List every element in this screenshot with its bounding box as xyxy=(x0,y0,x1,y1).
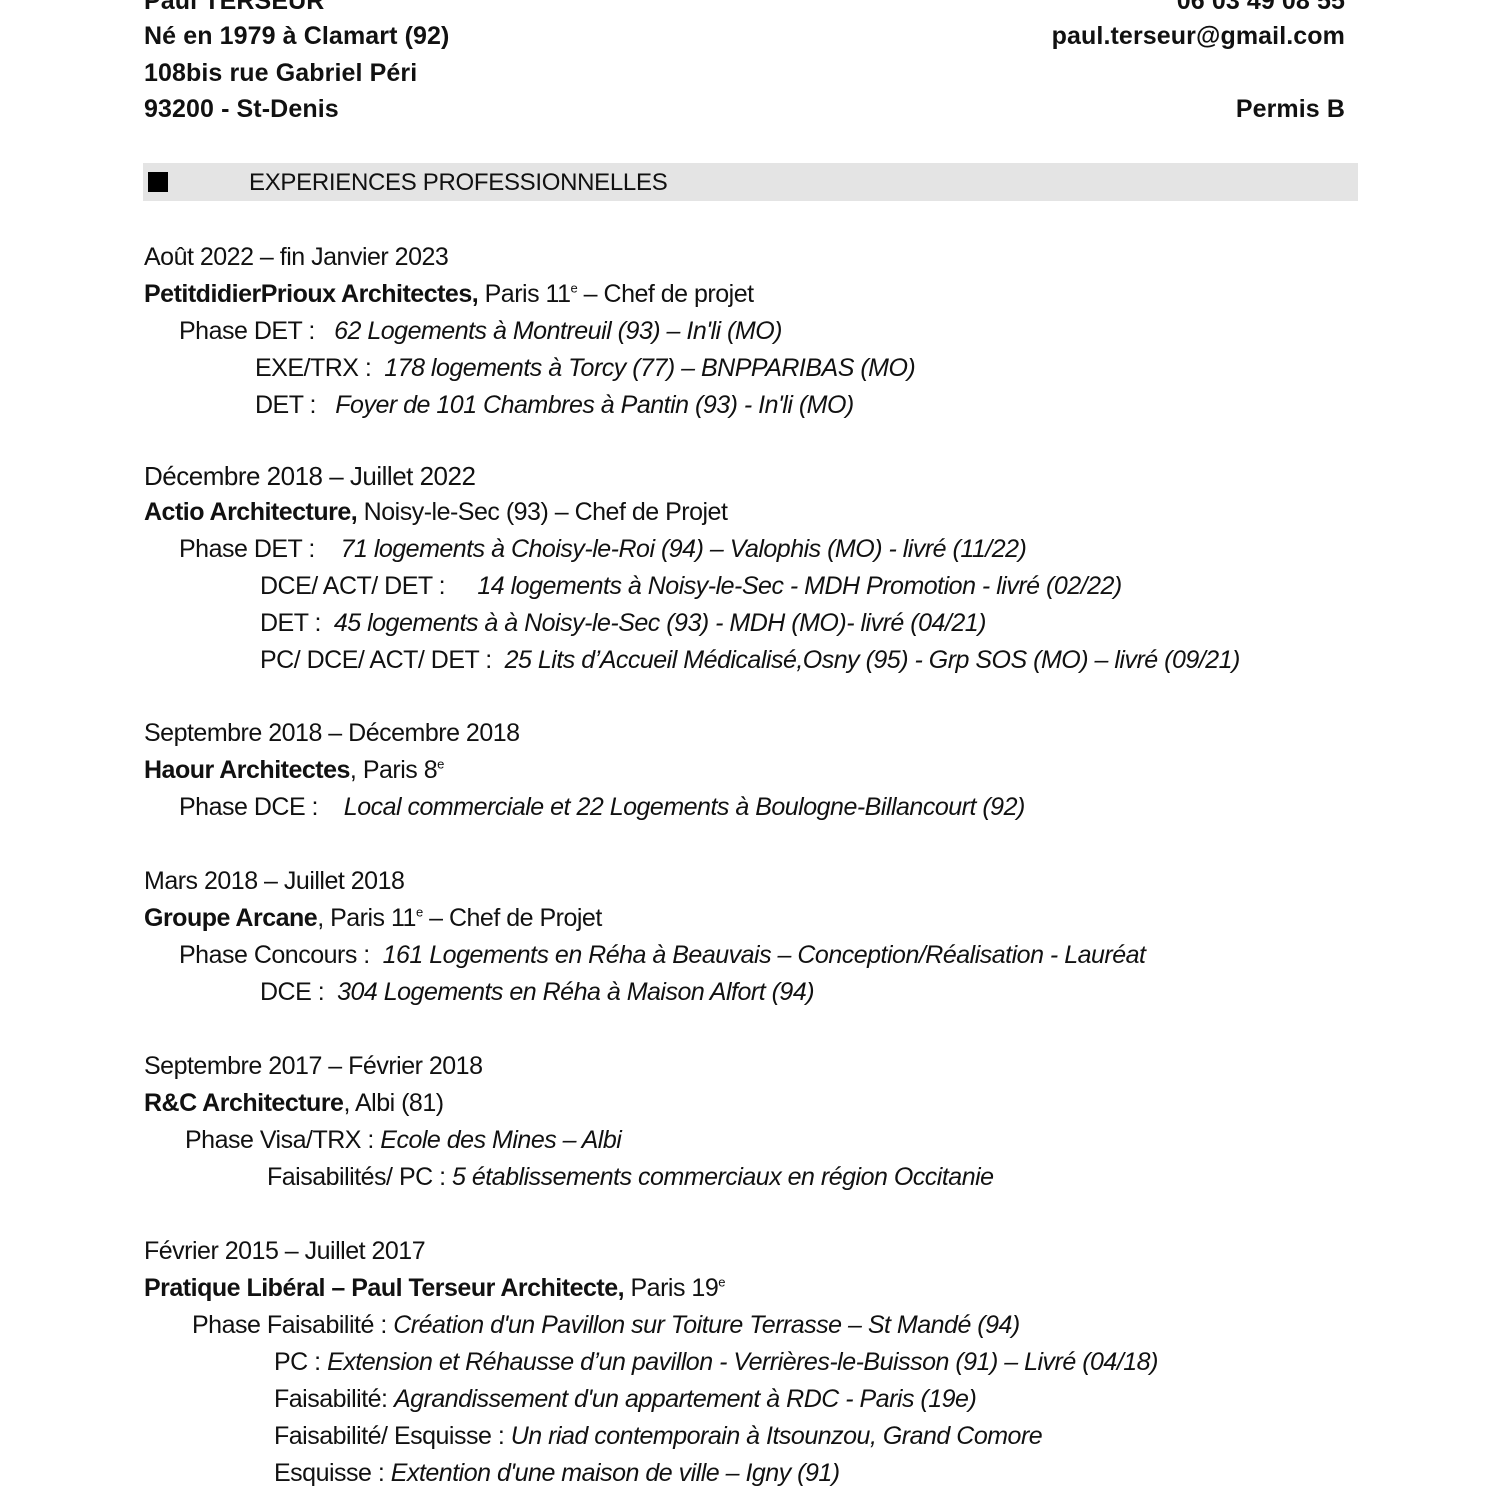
company-location: Paris 19 xyxy=(624,1274,718,1302)
experience-employer-line: Pratique Libéral – Paul Terseur Architec… xyxy=(144,1271,725,1305)
project-description: 5 établissements commerciaux en région O… xyxy=(452,1163,994,1191)
experience-employer-line: Actio Architecture, Noisy-le-Sec (93) – … xyxy=(144,495,727,529)
experience-employer-line: Haour Architectes, Paris 8e xyxy=(144,753,444,787)
phase-label: Esquisse : xyxy=(274,1459,391,1487)
experience-dates: Février 2015 – Juillet 2017 xyxy=(144,1234,425,1268)
phase-label: PC/ DCE/ ACT/ DET : xyxy=(260,646,505,674)
experience-employer-line: R&C Architecture, Albi (81) xyxy=(144,1086,444,1120)
phase-label: DET : xyxy=(255,391,335,419)
project-description: 14 logements à Noisy-le-Sec - MDH Promot… xyxy=(477,572,1121,600)
phase-label: PC : xyxy=(274,1348,327,1376)
experience-dates: Décembre 2018 – Juillet 2022 xyxy=(144,459,475,493)
phase-label: Phase DET : xyxy=(179,535,341,563)
project-description: 71 logements à Choisy-le-Roi (94) – Valo… xyxy=(341,535,1027,563)
black-square-bullet-icon xyxy=(148,172,168,192)
project-description: 304 Logements en Réha à Maison Alfort (9… xyxy=(337,978,814,1006)
experience-dates: Septembre 2018 – Décembre 2018 xyxy=(144,716,520,750)
project-line: DET : Foyer de 101 Chambres à Pantin (93… xyxy=(255,388,854,422)
location-superscript: e xyxy=(416,905,423,920)
location-superscript: e xyxy=(718,1275,725,1290)
phase-label: Phase Visa/TRX : xyxy=(185,1126,380,1154)
project-line: Phase DET : 71 logements à Choisy-le-Roi… xyxy=(179,532,1026,566)
job-role: – Chef de Projet xyxy=(548,498,727,526)
project-line: EXE/TRX : 178 logements à Torcy (77) – B… xyxy=(255,351,915,385)
company-name: Actio Architecture, xyxy=(144,498,357,526)
project-description: Extention d'une maison de ville – Igny (… xyxy=(391,1459,840,1487)
phase-label: DET : xyxy=(260,609,334,637)
project-description: Agrandissement d'un appartement à RDC - … xyxy=(394,1385,976,1413)
driving-license: Permis B xyxy=(1236,91,1345,127)
project-description: 62 Logements à Montreuil (93) – In'li (M… xyxy=(334,317,782,345)
phase-label: Faisabilités/ PC : xyxy=(267,1163,452,1191)
email-address: paul.terseur@gmail.com xyxy=(1052,18,1345,54)
location-superscript: e xyxy=(437,757,444,772)
company-location: , Albi (81) xyxy=(343,1089,443,1117)
project-line: Faisabilité: Agrandissement d'un apparte… xyxy=(274,1382,976,1416)
project-description: 25 Lits d’Accueil Médicalisé,Osny (95) -… xyxy=(505,646,1240,674)
project-line: Esquisse : Extention d'une maison de vil… xyxy=(274,1456,840,1490)
project-line: DET : 45 logements à à Noisy-le-Sec (93)… xyxy=(260,606,986,640)
project-line: Phase DCE : Local commerciale et 22 Loge… xyxy=(179,790,1025,824)
company-location: , Paris 8 xyxy=(350,756,437,784)
candidate-name: Paul TERSEUR xyxy=(144,0,324,19)
project-line: DCE : 304 Logements en Réha à Maison Alf… xyxy=(260,975,814,1009)
phase-label: Phase Faisabilité : xyxy=(192,1311,393,1339)
birth-info: Né en 1979 à Clamart (92) xyxy=(144,18,449,54)
phase-label: DCE : xyxy=(260,978,337,1006)
company-name: R&C Architecture xyxy=(144,1089,343,1117)
phone-number: 06 03 49 08 55 xyxy=(1177,0,1345,19)
project-description: Local commerciale et 22 Logements à Boul… xyxy=(344,793,1025,821)
project-line: Faisabilités/ PC : 5 établissements comm… xyxy=(267,1160,994,1194)
job-role: – Chef de Projet xyxy=(423,904,602,932)
section-title: EXPERIENCES PROFESSIONNELLES xyxy=(249,166,667,200)
company-location: Paris 11 xyxy=(478,280,570,308)
company-name: Pratique Libéral – Paul Terseur Architec… xyxy=(144,1274,624,1302)
experience-dates: Mars 2018 – Juillet 2018 xyxy=(144,864,404,898)
phase-label: Faisabilité/ Esquisse : xyxy=(274,1422,511,1450)
project-description: Un riad contemporain à Itsounzou, Grand … xyxy=(511,1422,1042,1450)
project-description: Foyer de 101 Chambres à Pantin (93) - In… xyxy=(335,391,853,419)
project-description: 45 logements à à Noisy-le-Sec (93) - MDH… xyxy=(334,609,986,637)
project-line: PC : Extension et Réhausse d’un pavillon… xyxy=(274,1345,1158,1379)
address-street: 108bis rue Gabriel Péri xyxy=(144,55,417,91)
experience-employer-line: Groupe Arcane, Paris 11e – Chef de Proje… xyxy=(144,901,602,935)
phase-label: DCE/ ACT/ DET : xyxy=(260,572,477,600)
phase-label: EXE/TRX : xyxy=(255,354,384,382)
phase-label: Phase DET : xyxy=(179,317,334,345)
project-description: 161 Logements en Réha à Beauvais – Conce… xyxy=(383,941,1146,969)
project-line: Phase Visa/TRX : Ecole des Mines – Albi xyxy=(185,1123,621,1157)
experience-employer-line: PetitdidierPrioux Architectes, Paris 11e… xyxy=(144,277,754,311)
project-line: Faisabilité/ Esquisse : Un riad contempo… xyxy=(274,1419,1042,1453)
project-line: Phase Concours : 161 Logements en Réha à… xyxy=(179,938,1146,972)
cv-page: Paul TERSEUR Né en 1979 à Clamart (92) 1… xyxy=(0,0,1500,1500)
project-line: Phase Faisabilité : Création d'un Pavill… xyxy=(192,1308,1020,1342)
company-name: Groupe Arcane xyxy=(144,904,317,932)
address-city: 93200 - St-Denis xyxy=(144,91,339,127)
project-description: Ecole des Mines – Albi xyxy=(380,1126,621,1154)
project-description: Création d'un Pavillon sur Toiture Terra… xyxy=(393,1311,1020,1339)
company-location: , Paris 11 xyxy=(317,904,416,932)
phase-label: Phase DCE : xyxy=(179,793,344,821)
section-header-experiences: EXPERIENCES PROFESSIONNELLES xyxy=(143,163,1358,201)
experience-dates: Août 2022 – fin Janvier 2023 xyxy=(144,240,448,274)
project-description: Extension et Réhausse d’un pavillon - Ve… xyxy=(327,1348,1158,1376)
project-description: 178 logements à Torcy (77) – BNPPARIBAS … xyxy=(384,354,915,382)
project-line: Phase DET : 62 Logements à Montreuil (93… xyxy=(179,314,782,348)
phase-label: Faisabilité: xyxy=(274,1385,394,1413)
company-location: Noisy-le-Sec (93) xyxy=(357,498,548,526)
experience-dates: Septembre 2017 – Février 2018 xyxy=(144,1049,483,1083)
phase-label: Phase Concours : xyxy=(179,941,383,969)
project-line: DCE/ ACT/ DET : 14 logements à Noisy-le-… xyxy=(260,569,1122,603)
company-name: Haour Architectes xyxy=(144,756,350,784)
project-line: PC/ DCE/ ACT/ DET : 25 Lits d’Accueil Mé… xyxy=(260,643,1240,677)
job-role: – Chef de projet xyxy=(577,280,753,308)
company-name: PetitdidierPrioux Architectes, xyxy=(144,280,478,308)
